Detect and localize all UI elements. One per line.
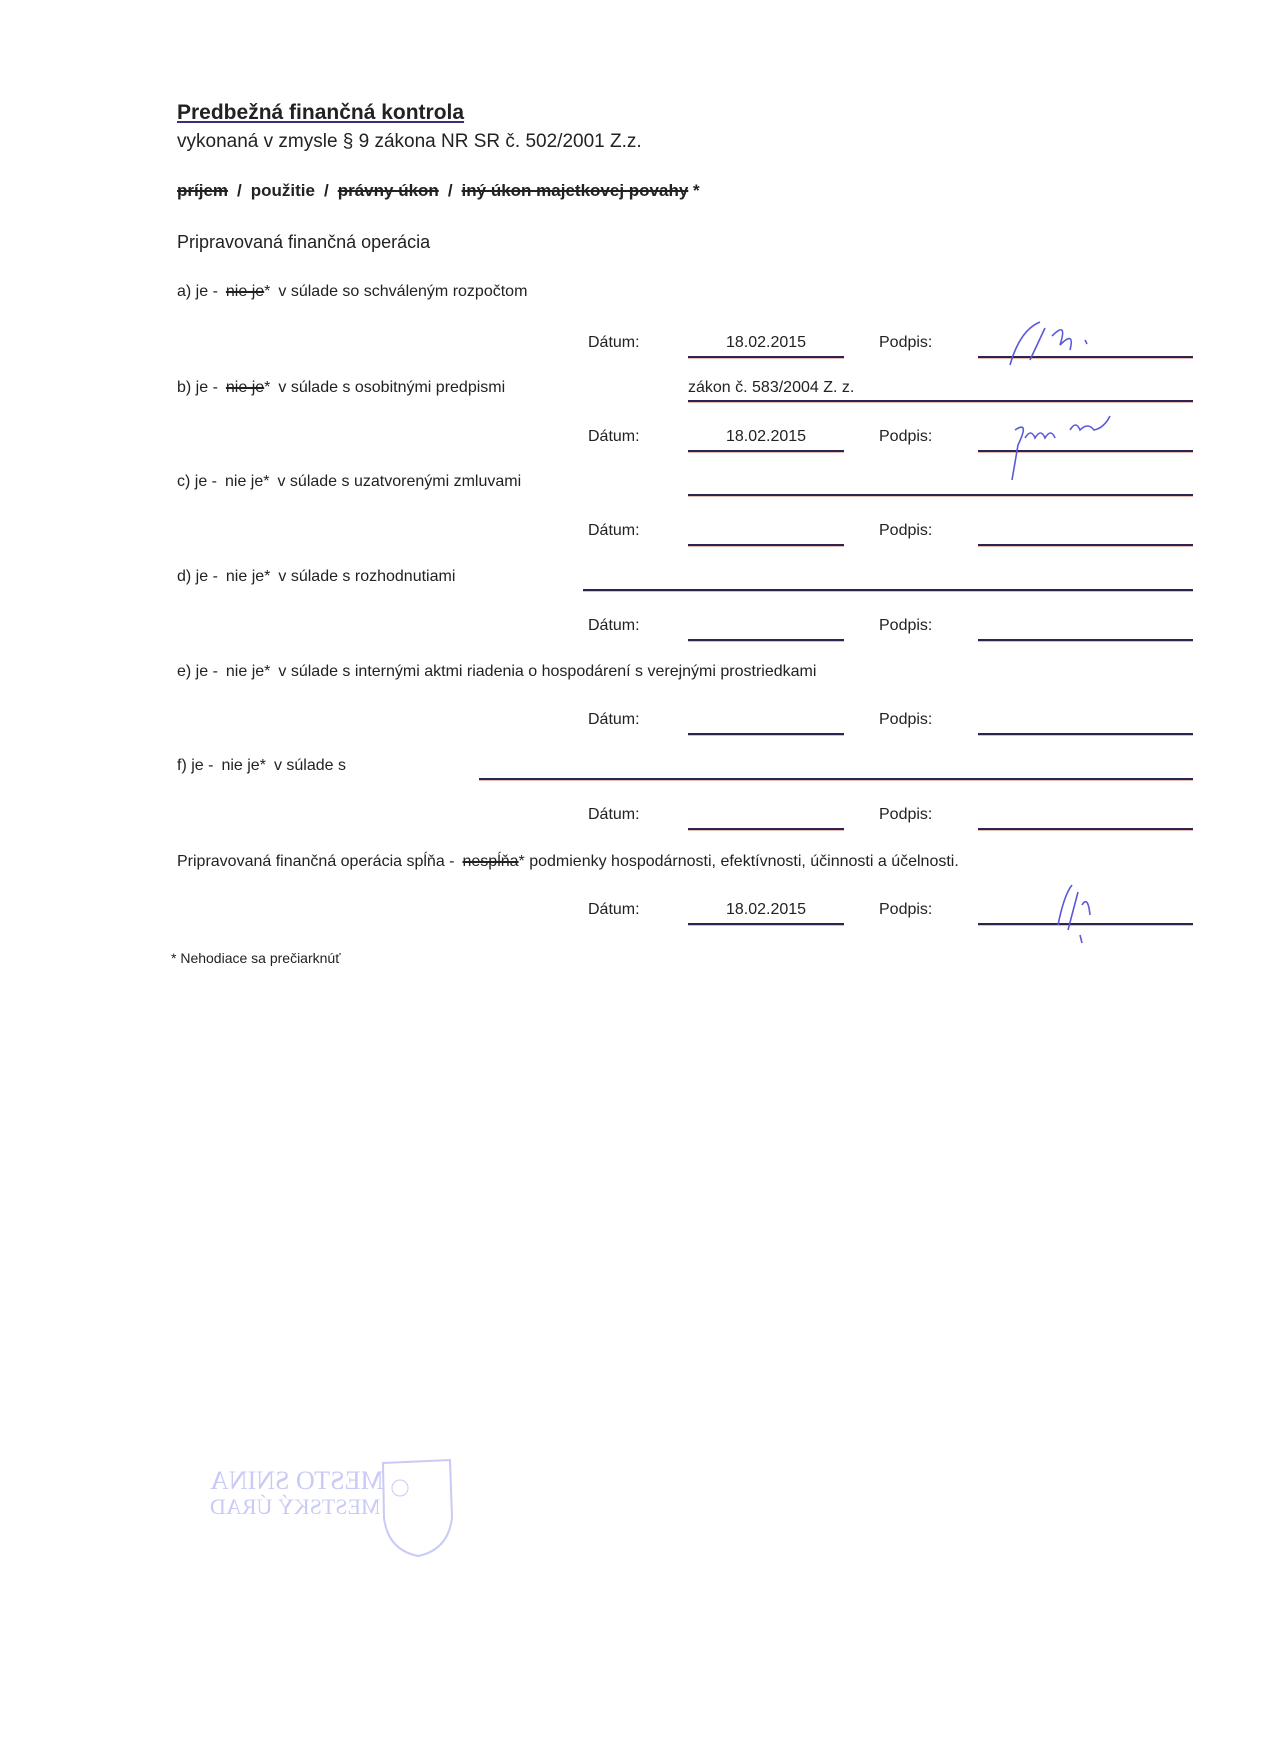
struck-option: nie je <box>226 283 264 300</box>
coat-of-arms-icon <box>378 1458 458 1558</box>
date-line <box>688 356 844 358</box>
date-line <box>688 828 844 830</box>
signature-label: Podpis: <box>879 806 932 824</box>
regulation-field[interactable]: zákon č. 583/2004 Z. z. <box>688 379 854 397</box>
signature-line[interactable] <box>978 450 1193 452</box>
signature-label: Podpis: <box>879 522 932 540</box>
page-subtitle: vykonaná v zmysle § 9 zákona NR SR č. 50… <box>177 131 642 153</box>
date-value[interactable]: 18.02.2015 <box>688 901 844 919</box>
date-line <box>688 544 844 546</box>
signature-label: Podpis: <box>879 617 932 635</box>
date-label: Dátum: <box>588 711 640 729</box>
date-label: Dátum: <box>588 334 640 352</box>
date-label: Dátum: <box>588 428 640 446</box>
option-prijem: príjem <box>177 181 228 200</box>
fill-line[interactable] <box>479 778 1193 780</box>
checklist-item: d) je -nie je*v súlade s rozhodnutiami <box>177 568 455 586</box>
date-label: Dátum: <box>588 901 640 919</box>
date-line <box>688 450 844 452</box>
checklist-item: e) je -nie je*v súlade s internými aktmi… <box>177 663 816 681</box>
official-stamp: MESTO SNINA MESTSKÝ ÚRAD <box>190 1458 460 1568</box>
signature-line[interactable] <box>978 639 1193 641</box>
signature-label: Podpis: <box>879 428 932 446</box>
checklist-item: c) je -nie je*v súlade s uzatvorenými zm… <box>177 473 521 491</box>
signature-line[interactable] <box>978 544 1193 546</box>
signature-line[interactable] <box>978 356 1193 358</box>
checklist-item: b) je -nie je*v súlade s osobitnými pred… <box>177 379 505 397</box>
fill-line[interactable] <box>688 400 1193 402</box>
footnote: * Nehodiace sa prečiarknúť <box>171 950 340 966</box>
date-line <box>688 639 844 641</box>
fill-line[interactable] <box>688 494 1193 496</box>
checklist-item: f) je -nie je*v súlade s <box>177 757 346 775</box>
signature-line[interactable] <box>978 923 1193 925</box>
intro-text: Pripravovaná finančná operácia <box>177 232 430 253</box>
signature-label: Podpis: <box>879 901 932 919</box>
fill-line[interactable] <box>583 589 1193 591</box>
date-label: Dátum: <box>588 522 640 540</box>
option-iny-ukon: iný úkon majetkovej povahy <box>462 181 689 200</box>
conclusion-text: Pripravovaná finančná operácia spĺňa -ne… <box>177 853 959 871</box>
option-pouzitie: použitie <box>251 181 315 200</box>
date-line <box>688 733 844 735</box>
signature-line[interactable] <box>978 733 1193 735</box>
date-value[interactable]: 18.02.2015 <box>688 334 844 352</box>
checklist-item: a) je -nie je*v súlade so schváleným roz… <box>177 283 527 301</box>
date-line <box>688 923 844 925</box>
signature-label: Podpis: <box>879 334 932 352</box>
signature-line[interactable] <box>978 828 1193 830</box>
struck-option: nie je <box>226 379 264 396</box>
signature-label: Podpis: <box>879 711 932 729</box>
page-title: Predbežná finančná kontrola <box>177 101 464 125</box>
date-label: Dátum: <box>588 617 640 635</box>
operation-type-options: príjem/použitie/právny úkon/iný úkon maj… <box>177 181 700 201</box>
option-pravny-ukon: právny úkon <box>338 181 439 200</box>
date-label: Dátum: <box>588 806 640 824</box>
date-value[interactable]: 18.02.2015 <box>688 428 844 446</box>
struck-option: nespĺňa <box>463 853 519 870</box>
